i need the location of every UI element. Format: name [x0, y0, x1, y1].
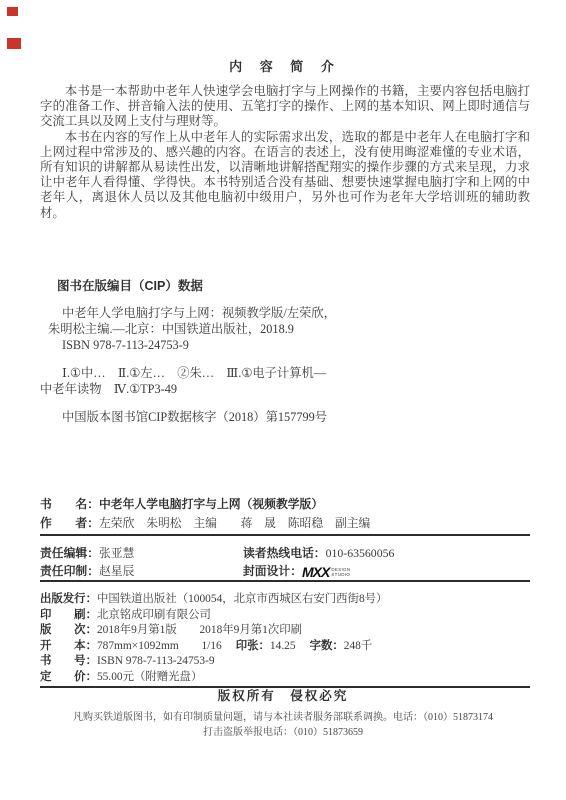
format-label: 开 本：	[40, 640, 97, 652]
sheets-label: 印张：	[236, 640, 270, 652]
price-value: 55.00元（附赠光盘）	[97, 671, 202, 683]
cip-classification-line-2: 中老年读物 Ⅳ.①TP3-49	[40, 381, 530, 397]
copyright-page: 内 容 简 介 本书是一本帮助中老年人快速学会电脑打字与上网操作的书籍，主要内容…	[0, 0, 566, 800]
hotline-label: 读者热线电话：	[243, 546, 326, 560]
cip-isbn: ISBN 978-7-113-24753-9	[40, 337, 530, 353]
cip-classification-line-1: Ⅰ.①中… Ⅱ.①左… ②朱… Ⅲ.①电子计算机—	[40, 365, 530, 381]
author-label: 作 者：	[40, 516, 99, 530]
isbn-row: 书 号：ISBN 978-7-113-24753-9	[40, 654, 530, 670]
format-row: 开 本：787mm×1092mm 1/16印张：14.25字数：248千	[40, 639, 530, 655]
piracy-report-line: 打击盗版举报电话：（010）51873659	[0, 725, 566, 740]
mxx-logo-subtext: DESIGNSTUDIO	[331, 567, 350, 577]
cip-heading: 图书在版编目（CIP）数据	[40, 276, 530, 294]
hotline-group: 读者热线电话：010-63560056	[243, 544, 394, 562]
book-title-row: 书 名：中老年人学电脑打字与上网（视频教学版）	[40, 496, 530, 513]
editor-hotline-row: 责任编辑：张亚慧 读者热线电话：010-63560056	[40, 544, 530, 562]
publisher-value: 中国铁道出版社（100054，北京市西城区右安门西街8号）	[97, 593, 387, 605]
service-phone-line: 凡购买铁道版图书，如有印制质量问题，请与本社读者服务部联系调换。电话：（010）…	[0, 710, 566, 725]
mxx-logo-subtext-line2: STUDIO	[331, 572, 350, 577]
word-count-value: 248千	[344, 640, 372, 652]
book-title-label: 书 名：	[40, 497, 99, 511]
print-supervisor-label: 责任印制：	[40, 564, 99, 578]
edition-label: 版 次：	[40, 624, 97, 636]
cover-design-group: 封面设计：MXXDESIGNSTUDIO	[243, 562, 350, 581]
cip-record-number: 中国版本图书馆CIP数据核字（2018）第157799号	[40, 409, 530, 425]
scan-artifact-mark	[7, 7, 18, 16]
print-supervisor-value: 赵星辰	[99, 564, 134, 578]
edition-row: 版 次：2018年9月第1版 2018年9月第1次印刷	[40, 623, 530, 639]
footer-section: 版权所有 侵权必究 凡购买铁道版图书，如有印制质量问题，请与本社读者服务部联系调…	[0, 684, 566, 740]
editor-label: 责任编辑：	[40, 546, 99, 560]
summary-heading: 内 容 简 介	[40, 56, 530, 75]
summary-paragraph-2: 本书在内容的写作上从中老年人的实际需求出发，选取的都是中老年人在电脑打字和上网过…	[40, 130, 530, 221]
summary-section: 内 容 简 介 本书是一本帮助中老年人快速学会电脑打字与上网操作的书籍，主要内容…	[40, 56, 530, 221]
word-count-label: 字数：	[310, 640, 344, 652]
copyright-notice: 版权所有 侵权必究	[0, 686, 566, 704]
price-row: 定 价：55.00元（附赠光盘）	[40, 670, 530, 686]
author-row: 作 者：左荣欣 朱明松 主编 蒋 晟 陈昭稳 副主编	[40, 515, 530, 532]
publisher-row: 出版发行：中国铁道出版社（100054，北京市西城区右安门西街8号）	[40, 592, 530, 608]
price-label: 定 价：	[40, 671, 97, 683]
printing-company-value: 北京铭成印刷有限公司	[97, 609, 211, 621]
summary-paragraph-1: 本书是一本帮助中老年人快速学会电脑打字与上网操作的书籍，主要内容包括电脑打字的准…	[40, 84, 530, 130]
printing-company-label: 印 刷：	[40, 609, 97, 621]
sheets-value: 14.25	[270, 640, 296, 652]
mxx-design-logo: MXXDESIGNSTUDIO	[302, 563, 350, 581]
cip-section: 图书在版编目（CIP）数据 中老年人学电脑打字与上网：视频教学版/左荣欣， 朱明…	[40, 276, 530, 425]
author-value: 左荣欣 朱明松 主编 蒋 晟 陈昭稳 副主编	[99, 516, 370, 530]
printer-cover-row: 责任印制：赵星辰 封面设计：MXXDESIGNSTUDIO	[40, 562, 530, 580]
divider	[40, 534, 530, 536]
book-title-value: 中老年人学电脑打字与上网（视频教学版）	[99, 497, 323, 511]
cip-title-line-1: 中老年人学电脑打字与上网：视频教学版/左荣欣，	[40, 305, 530, 321]
printing-company-row: 印 刷：北京铭成印刷有限公司	[40, 608, 530, 624]
cover-design-label: 封面设计：	[243, 564, 302, 578]
colophon-section: 书 名：中老年人学电脑打字与上网（视频教学版） 作 者：左荣欣 朱明松 主编 蒋…	[40, 494, 530, 688]
format-value: 787mm×1092mm 1/16	[97, 640, 222, 652]
cip-title-line-2: 朱明松主编.—北京：中国铁道出版社，2018.9	[40, 321, 530, 337]
isbn-value: ISBN 978-7-113-24753-9	[97, 655, 215, 667]
edition-value: 2018年9月第1版 2018年9月第1次印刷	[97, 624, 302, 636]
mxx-logo-text: MXX	[302, 563, 329, 581]
scan-artifact-mark	[7, 38, 21, 49]
hotline-value: 010-63560056	[326, 546, 395, 560]
editor-value: 张亚慧	[99, 546, 134, 560]
publisher-label: 出版发行：	[40, 593, 97, 605]
isbn-label: 书 号：	[40, 655, 97, 667]
